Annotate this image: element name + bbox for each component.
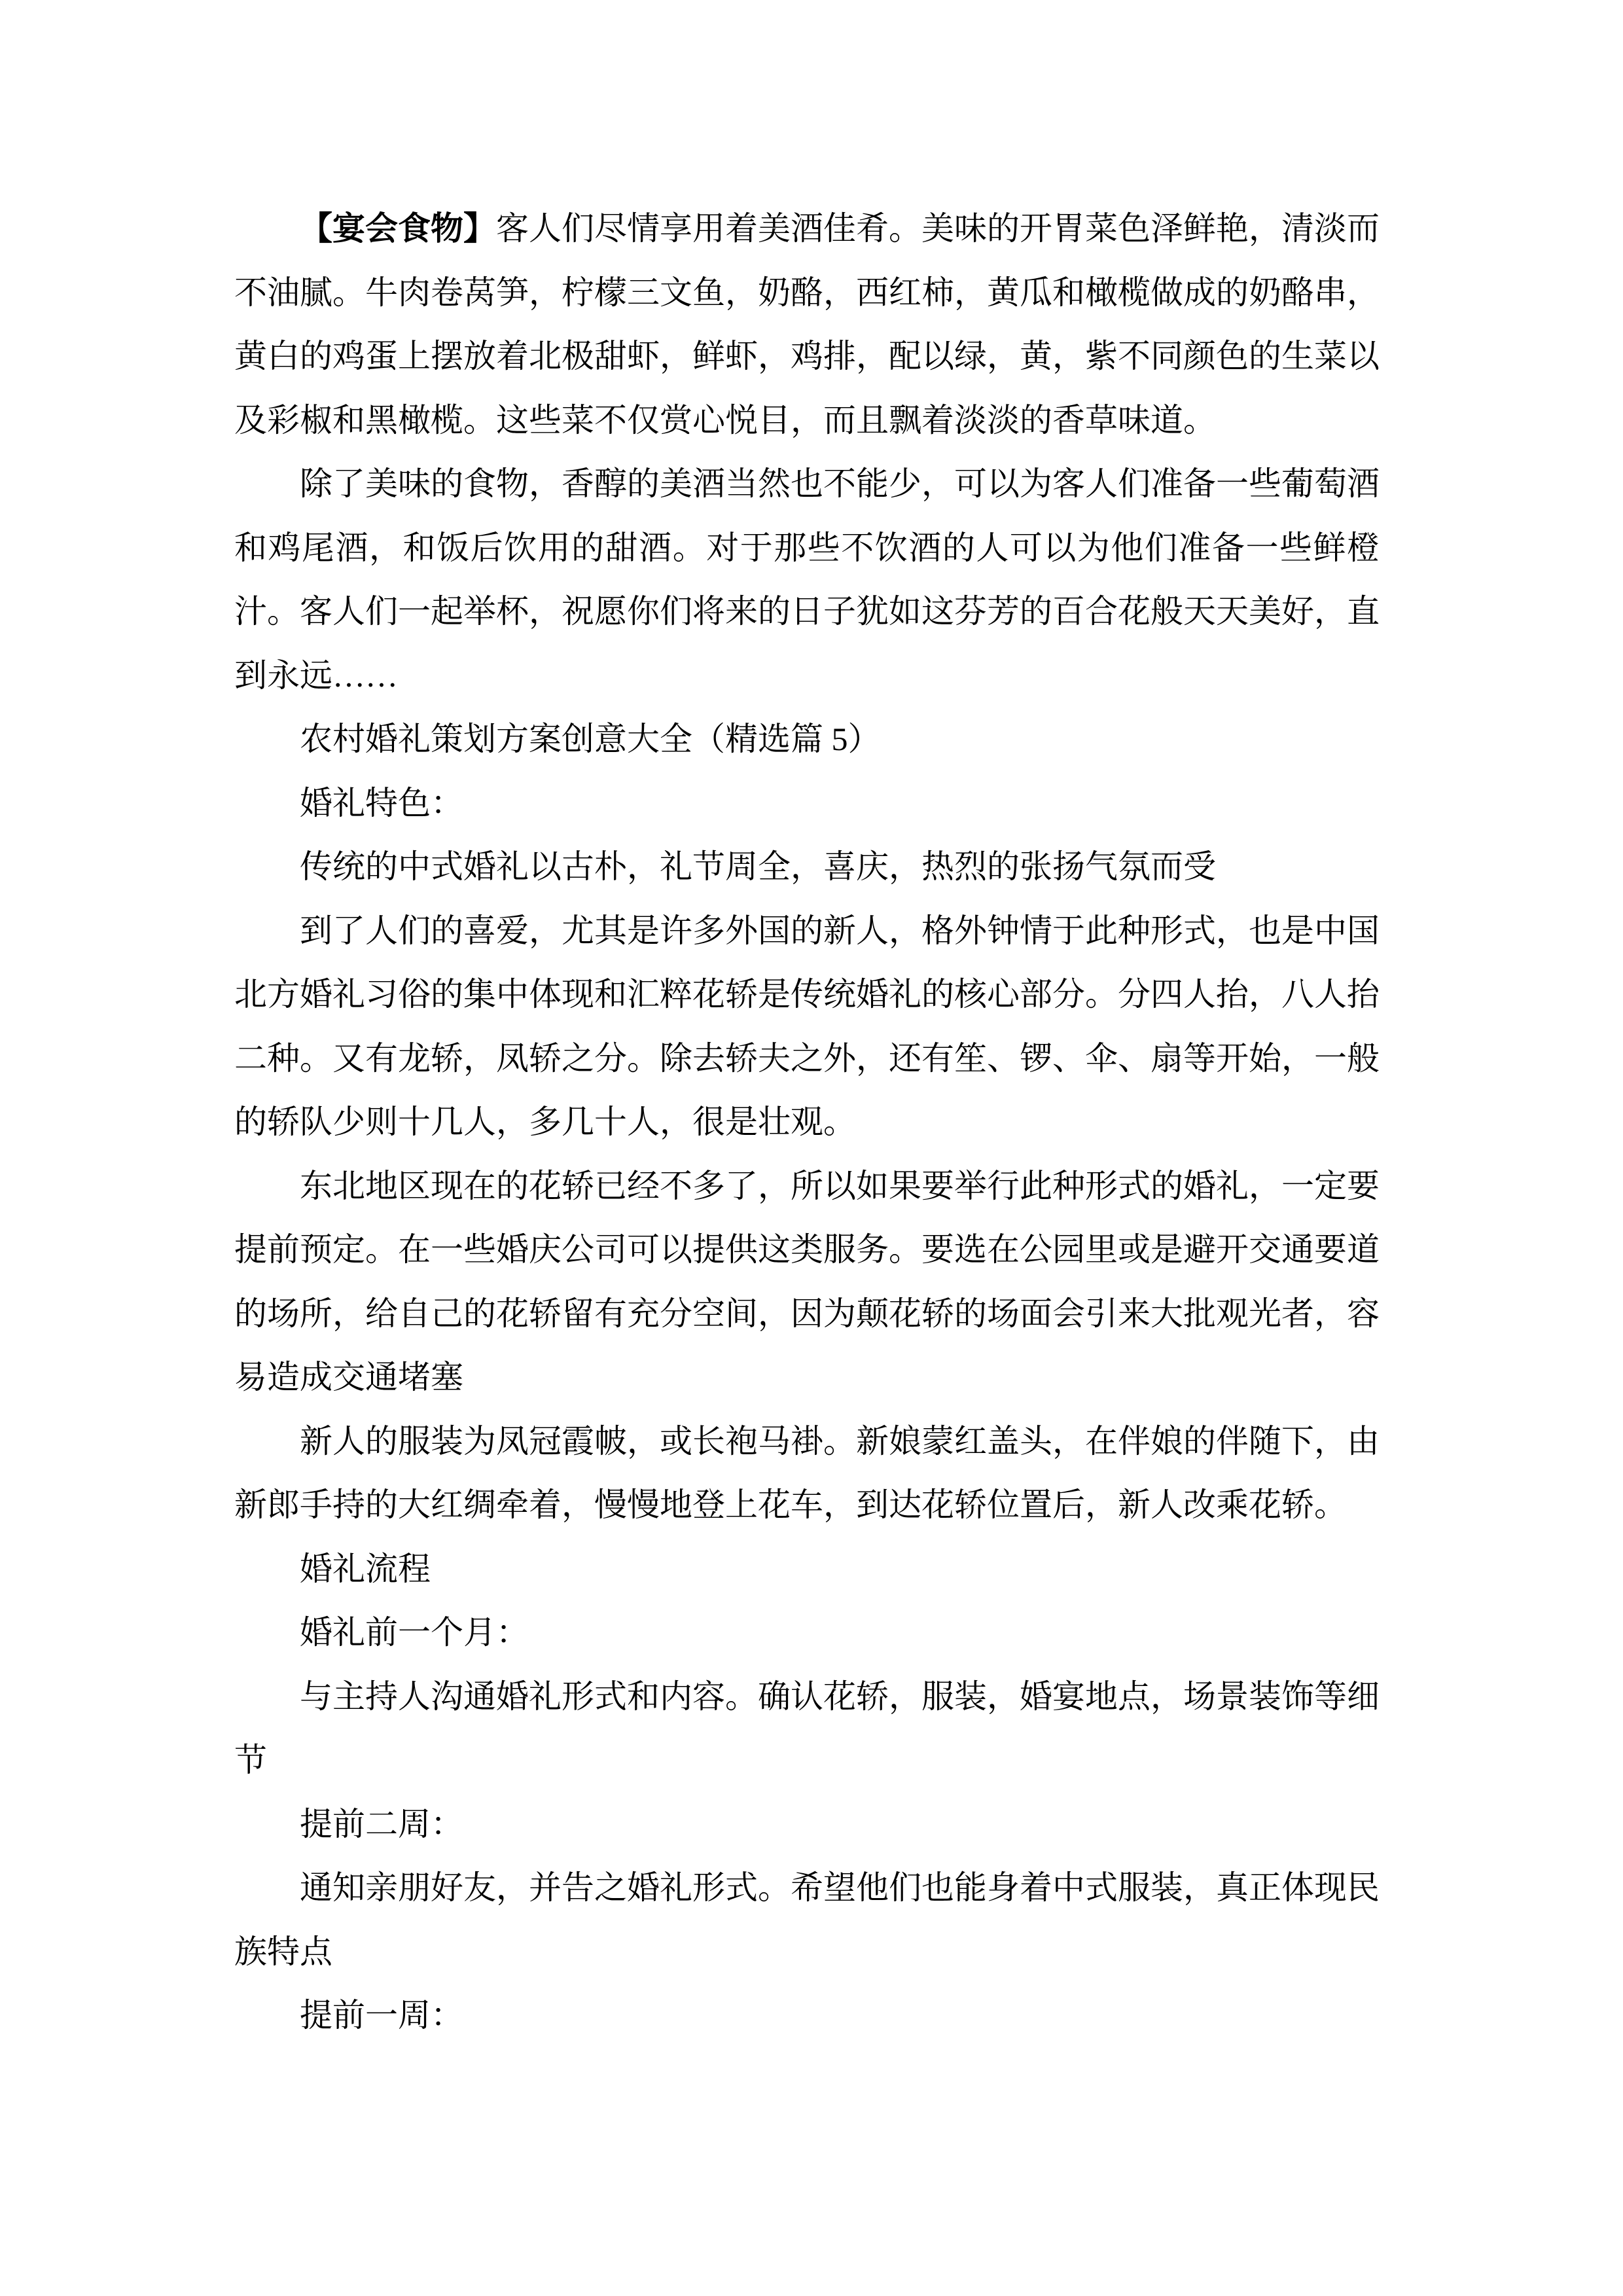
paragraph: 到了人们的喜爱，尤其是许多外国的新人，格外钟情于此种形式，也是中国北方婚礼习俗的… xyxy=(234,899,1380,1155)
document-page: 【宴会食物】客人们尽情享用着美酒佳肴。美味的开胃菜色泽鲜艳，清淡而不油腻。牛肉卷… xyxy=(0,0,1623,2296)
paragraph: 新人的服装为凤冠霞帔，或长袍马褂。新娘蒙红盖头，在伴娘的伴随下，由新郎手持的大红… xyxy=(234,1410,1380,1537)
paragraph: 婚礼前一个月： xyxy=(234,1601,1380,1665)
paragraph: 除了美味的食物，香醇的美酒当然也不能少，可以为客人们准备一些葡萄酒和鸡尾酒，和饭… xyxy=(234,452,1380,708)
paragraph: 婚礼流程 xyxy=(234,1537,1380,1602)
paragraph: 提前二周： xyxy=(234,1793,1380,1857)
paragraph: 提前一周： xyxy=(234,1984,1380,2048)
paragraph-bold-heading: 【宴会食物】 xyxy=(300,210,496,247)
document-body: 【宴会食物】客人们尽情享用着美酒佳肴。美味的开胃菜色泽鲜艳，清淡而不油腻。牛肉卷… xyxy=(234,197,1380,2048)
paragraph: 与主持人沟通婚礼形式和内容。确认花轿，服装，婚宴地点，场景装饰等细节 xyxy=(234,1665,1380,1793)
paragraph: 农村婚礼策划方案创意大全（精选篇 5） xyxy=(234,708,1380,772)
paragraph: 通知亲朋好友，并告之婚礼形式。希望他们也能身着中式服装，真正体现民族特点 xyxy=(234,1856,1380,1984)
paragraph: 东北地区现在的花轿已经不多了，所以如果要举行此种形式的婚礼，一定要提前预定。在一… xyxy=(234,1155,1380,1410)
paragraph: 传统的中式婚礼以古朴，礼节周全，喜庆，热烈的张扬气氛而受 xyxy=(234,835,1380,899)
paragraph: 【宴会食物】客人们尽情享用着美酒佳肴。美味的开胃菜色泽鲜艳，清淡而不油腻。牛肉卷… xyxy=(234,197,1380,452)
paragraph: 婚礼特色： xyxy=(234,772,1380,836)
